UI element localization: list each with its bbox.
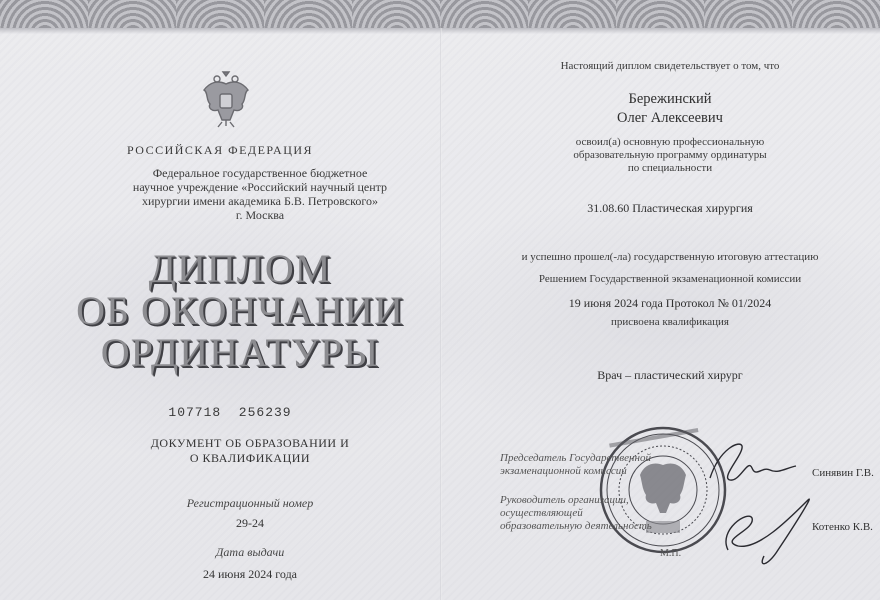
- stamp-mark: М.П.: [660, 548, 681, 559]
- program-text: освоил(а) основную профессиональную обра…: [500, 136, 840, 175]
- serial-number: 107718 256239: [140, 405, 320, 420]
- director-signature-icon: [708, 490, 818, 570]
- graduate-surname: Бережинский: [500, 90, 840, 109]
- institution-line: научное учреждение «Российский научный ц…: [100, 180, 420, 194]
- chairman-role: Председатель Государственной экзаменацио…: [500, 452, 690, 478]
- program-line: освоил(а) основную профессиональную: [500, 136, 840, 149]
- role-line: Председатель Государственной: [500, 452, 690, 465]
- qualification: Врач – пластический хирург: [480, 368, 860, 383]
- graduate-given-names: Олег Алексеевич: [500, 109, 840, 128]
- intro-text: Настоящий диплом свидетельствует о том, …: [500, 60, 840, 72]
- role-line: экзаменационной комиссии: [500, 465, 690, 478]
- decorative-border: [0, 0, 880, 28]
- attestation-text: и успешно прошел(-ла) государственную ит…: [480, 251, 860, 263]
- title-line: ОБ ОКОНЧАНИИ: [20, 290, 460, 332]
- title-line: ДИПЛОМ: [20, 248, 460, 290]
- document-type-line: ДОКУМЕНТ ОБ ОБРАЗОВАНИИ И: [100, 436, 400, 451]
- program-line: образовательную программу ординатуры: [500, 149, 840, 162]
- program-line: по специальности: [500, 162, 840, 175]
- title-line: ОРДИНАТУРЫ: [20, 332, 460, 374]
- registration-label: Регистрационный номер: [100, 496, 400, 511]
- specialty: 31.08.60 Пластическая хирургия: [500, 201, 840, 216]
- protocol-text: 19 июня 2024 года Протокол № 01/2024: [480, 296, 860, 311]
- institution-line: хирургии имени академика Б.В. Петровског…: [100, 194, 420, 208]
- chairman-signature-icon: [700, 438, 800, 488]
- country-name: РОССИЙСКАЯ ФЕДЕРАЦИЯ: [120, 143, 320, 158]
- assigned-text: присвоена квалификация: [480, 316, 860, 328]
- role-line: Руководитель организации, осуществляющей: [500, 494, 700, 520]
- decision-text: Решением Государственной экзаменационной…: [480, 273, 860, 285]
- diploma-title: ДИПЛОМ ОБ ОКОНЧАНИИ ОРДИНАТУРЫ: [20, 248, 460, 374]
- chairman-name: Синявин Г.В.: [812, 467, 874, 479]
- issue-date: 24 июня 2024 года: [100, 567, 400, 582]
- director-name: Котенко К.В.: [812, 521, 873, 533]
- role-line: образовательную деятельность: [500, 520, 700, 533]
- institution-line: Федеральное государственное бюджетное: [100, 166, 420, 180]
- document-type: ДОКУМЕНТ ОБ ОБРАЗОВАНИИ И О КВАЛИФИКАЦИИ: [100, 436, 400, 466]
- institution-city: г. Москва: [100, 208, 420, 222]
- issue-date-label: Дата выдачи: [100, 545, 400, 560]
- registration-number: 29-24: [100, 516, 400, 531]
- document-type-line: О КВАЛИФИКАЦИИ: [100, 451, 400, 466]
- institution-name: Федеральное государственное бюджетное на…: [100, 166, 420, 222]
- coat-of-arms-icon: [198, 70, 254, 128]
- director-role: Руководитель организации, осуществляющей…: [500, 494, 700, 533]
- graduate-name: Бережинский Олег Алексеевич: [500, 90, 840, 128]
